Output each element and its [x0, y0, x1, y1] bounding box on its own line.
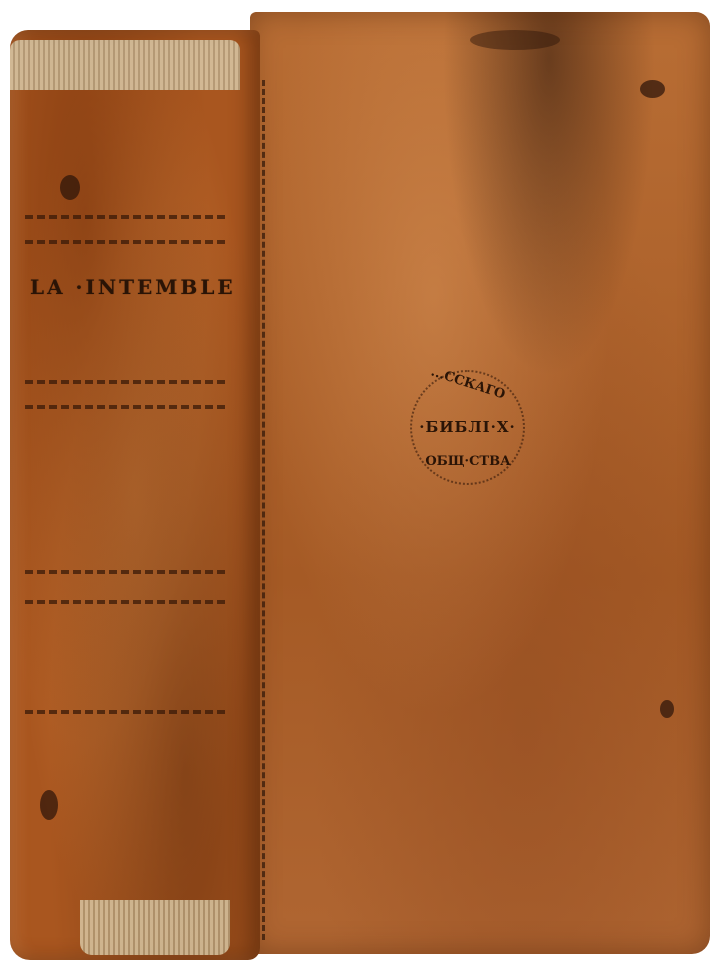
spine-band	[25, 380, 225, 384]
page-edges-top	[10, 40, 240, 90]
page-edges-bottom	[80, 900, 230, 955]
spine-band	[25, 570, 225, 574]
spine-band	[25, 240, 225, 244]
spine-band	[25, 405, 225, 409]
stamp-bottom-text: ОБЩ·СТВА	[418, 454, 518, 469]
stain-spot	[40, 790, 58, 820]
stain-spot	[640, 80, 665, 98]
spine-band	[25, 710, 225, 714]
cover-tooling-line	[262, 80, 265, 940]
stamp-middle-text: ·БИБЛІ·Х·	[410, 418, 525, 436]
stain-spot	[660, 700, 674, 718]
spine-title: LA ·INTEMBLE	[30, 275, 236, 299]
stain-spot	[470, 30, 560, 50]
spine-band	[25, 600, 225, 604]
book-spine	[10, 30, 260, 960]
library-stamp: ...ССКАГО ·БИБЛІ·Х· ОБЩ·СТВА	[410, 370, 525, 485]
stain-spot	[60, 175, 80, 200]
book-photo: LA ·INTEMBLE ...ССКАГО ·БИБЛІ·Х· ОБЩ·СТВ…	[0, 0, 718, 976]
spine-band	[25, 215, 225, 219]
